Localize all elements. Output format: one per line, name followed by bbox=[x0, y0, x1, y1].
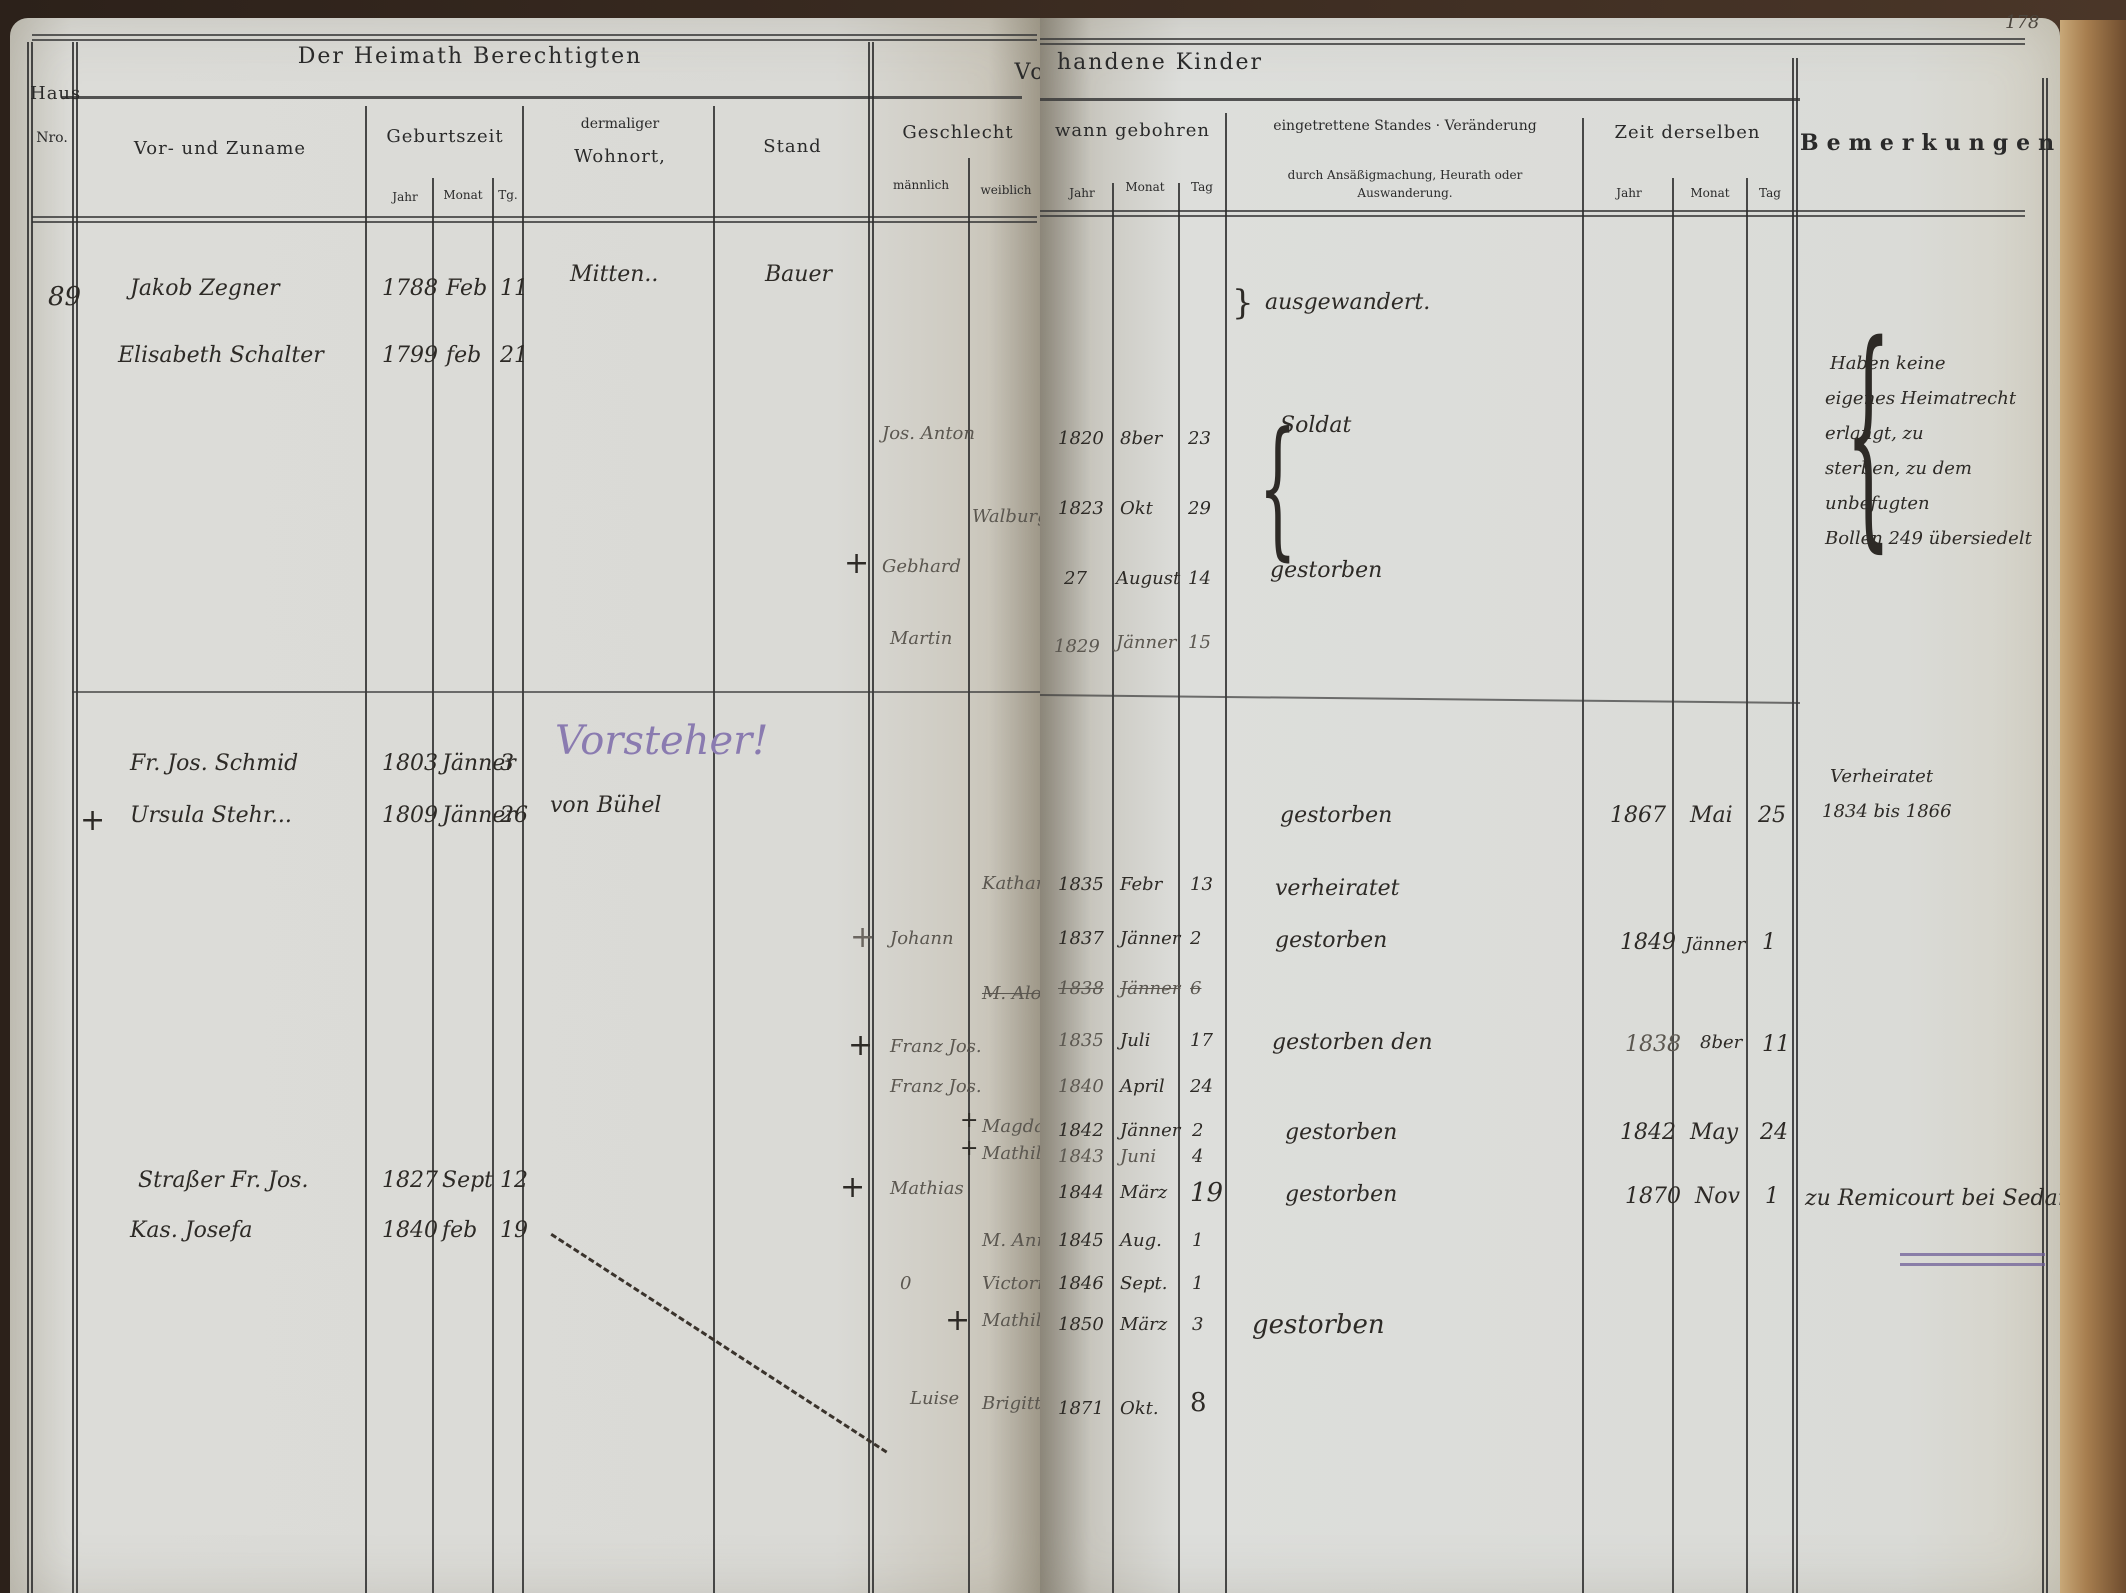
header-female: weiblich bbox=[972, 183, 1040, 197]
entry1-child4-month: Jänner bbox=[1116, 632, 1176, 653]
header-house: Haus bbox=[30, 83, 74, 104]
entry3-child3-month: Sept. bbox=[1120, 1273, 1167, 1294]
col-rule-month bbox=[492, 178, 494, 1593]
entry3-parent1-month: Sept bbox=[442, 1168, 493, 1193]
entry2-child5-month: April bbox=[1120, 1076, 1165, 1097]
header-time-of-change: Zeit derselben bbox=[1585, 122, 1790, 143]
entry1-remark-line5: unbefugten bbox=[1825, 493, 1930, 514]
col-rule-child-year bbox=[1112, 183, 1114, 1593]
entry3-parent2-name: Kas. Josefa bbox=[130, 1218, 252, 1243]
right-page: 178 handene Kinder wann gebohren Jahr Mo… bbox=[1040, 18, 2060, 1593]
entry1-child3-change: gestorben bbox=[1270, 558, 1382, 583]
col-rule-day bbox=[522, 106, 524, 1593]
entry2-parent2-name: Ursula Stehr... bbox=[130, 803, 292, 828]
header-birth-month: Monat bbox=[434, 188, 492, 202]
entry3-child1-change-day: 1 bbox=[1765, 1184, 1779, 1209]
entry1-remark-line3: erlangt, zu bbox=[1825, 423, 1924, 444]
header-status-change: eingetrettene Standes · Veränderung bbox=[1230, 118, 1580, 134]
entry2-remark-line1: Verheiratet bbox=[1830, 766, 1933, 787]
header-t-month: Monat bbox=[1676, 186, 1744, 200]
entry1-parent2-year: 1799 bbox=[382, 343, 438, 368]
page-number: 178 bbox=[2005, 12, 2039, 33]
header-remarks: Bemerkungen. bbox=[1800, 130, 2040, 156]
entry2-child2-month: Jänner bbox=[1120, 928, 1180, 949]
entry3-parent2-month: feb bbox=[442, 1218, 477, 1243]
entry2-death-cross: + bbox=[80, 803, 105, 838]
entry2-residence: von Bühel bbox=[550, 793, 661, 818]
entry3-parent2-day: 19 bbox=[500, 1218, 528, 1243]
brace-icon: } bbox=[1232, 283, 1254, 323]
entry3-child1-change-month: Nov bbox=[1695, 1184, 1740, 1209]
header-sex: Geschlecht bbox=[878, 122, 1038, 143]
entry2-child2-change-day: 1 bbox=[1762, 930, 1776, 955]
entry2-child4-year: 1835 bbox=[1058, 1030, 1104, 1051]
entry1-child1-name: Jos. Anton bbox=[882, 423, 975, 444]
col-rule-outer bbox=[27, 42, 33, 1593]
entry2-child2-change-year: 1849 bbox=[1620, 930, 1676, 955]
entry3-child1-day: 19 bbox=[1190, 1178, 1223, 1208]
entry3-parent2-year: 1840 bbox=[382, 1218, 438, 1243]
entry2-child4-day: 17 bbox=[1190, 1030, 1213, 1051]
entry1-child1-day: 23 bbox=[1188, 428, 1211, 449]
entry2-child2-death-cross: + bbox=[850, 920, 875, 955]
entry1-parent2-name: Elisabeth Schalter bbox=[118, 343, 324, 368]
header-t-year: Jahr bbox=[1588, 186, 1670, 200]
entry1-child2-day: 29 bbox=[1188, 498, 1211, 519]
header-status: Stand bbox=[720, 136, 865, 157]
entry2-child4-death-cross: + bbox=[848, 1028, 873, 1063]
entry2-child6-day: 2 bbox=[1192, 1120, 1203, 1141]
entry3-child1-year: 1844 bbox=[1058, 1182, 1104, 1203]
entry1-child3-month: August bbox=[1116, 568, 1180, 589]
header-house-no: Nro. bbox=[30, 130, 74, 146]
entry2-parent-change-day: 25 bbox=[1758, 803, 1786, 828]
entry3-parent1-day: 12 bbox=[500, 1168, 528, 1193]
header-top-rule bbox=[32, 34, 1037, 41]
entry3-child1-change: gestorben bbox=[1285, 1182, 1397, 1207]
entry1-child1-year: 1820 bbox=[1058, 428, 1104, 449]
header-child-month: Monat bbox=[1114, 180, 1176, 194]
entry3-child3-mark: 0 bbox=[900, 1273, 911, 1294]
entry3-child1-remark: zu Remicourt bei Sedan bbox=[1805, 1186, 2072, 1211]
entry3-child2-year: 1845 bbox=[1058, 1230, 1104, 1251]
entry1-parent1-month: Feb bbox=[446, 276, 487, 301]
entry2-annotation-vorsteher: Vorsteher! bbox=[555, 718, 768, 764]
entry2-child4-name: Franz Jos. bbox=[890, 1036, 982, 1057]
entry2-child3-day: 6 bbox=[1190, 978, 1201, 999]
header-male: männlich bbox=[876, 178, 966, 192]
header-mid-rule-right bbox=[1040, 98, 1800, 101]
entry2-remark-line2: 1834 bis 1866 bbox=[1822, 801, 1952, 822]
entry2-parent-change-month: Mai bbox=[1690, 803, 1733, 828]
entry1-child1-month: 8ber bbox=[1120, 428, 1162, 449]
entry1-remark-line2: eigenes Heimatrecht bbox=[1825, 388, 2016, 409]
entry2-parent-change-year: 1867 bbox=[1610, 803, 1666, 828]
col-rule-status bbox=[868, 42, 874, 1593]
entry3-child1-change-year: 1870 bbox=[1625, 1184, 1681, 1209]
entry1-parent1-day: 11 bbox=[500, 276, 528, 301]
entry2-child1-change: verheiratet bbox=[1275, 876, 1400, 901]
entry2-parent-change: gestorben bbox=[1280, 803, 1392, 828]
col-rule-child-day bbox=[1225, 113, 1227, 1593]
entry2-child6-month: Jänner bbox=[1120, 1120, 1180, 1141]
entry1-remark-line4: sterben, zu dem bbox=[1825, 458, 1972, 479]
entry1-status: Bauer bbox=[765, 262, 832, 287]
entry-separator-right bbox=[1040, 694, 1800, 704]
entry1-parent2-day: 21 bbox=[500, 343, 528, 368]
entry1-child2-year: 1823 bbox=[1058, 498, 1104, 519]
left-page: Haus Nro. Der Heimath Berechtigten Vor- … bbox=[10, 18, 1040, 1593]
entry1-parent-note: ausgewandert. bbox=[1265, 290, 1430, 315]
entry2-child7-month: Juni bbox=[1120, 1146, 1156, 1167]
entry3-parent1-year: 1827 bbox=[382, 1168, 438, 1193]
entry2-child4-change-year: 1838 bbox=[1625, 1032, 1681, 1057]
col-rule-change bbox=[1582, 118, 1584, 1593]
entry2-child6-change-day: 24 bbox=[1760, 1120, 1788, 1145]
remark-purple-underline-2 bbox=[1900, 1263, 2045, 1266]
entry2-child2-name: Johann bbox=[890, 928, 954, 949]
header-t-day: Tag bbox=[1748, 186, 1792, 200]
entry2-child2-year: 1837 bbox=[1058, 928, 1104, 949]
entry3-dashed-connector bbox=[550, 1233, 887, 1453]
entry3-child1-name: Mathias bbox=[890, 1178, 964, 1199]
entry1-child3-death-cross: + bbox=[844, 546, 869, 581]
header-children-title: handene Kinder bbox=[1040, 50, 1280, 75]
entry3-child3-day: 1 bbox=[1192, 1273, 1203, 1294]
entry2-parent1-year: 1803 bbox=[382, 751, 438, 776]
entry2-parent1-day: 3 bbox=[500, 751, 514, 776]
entry3-child5-month: Okt. bbox=[1120, 1398, 1159, 1419]
entry2-child4-change: gestorben den bbox=[1272, 1030, 1433, 1055]
col-rule-residence bbox=[713, 106, 715, 1593]
entry3-child1-death-cross: + bbox=[840, 1170, 865, 1205]
entry2-child1-day: 13 bbox=[1190, 874, 1213, 895]
entry3-child4-month: März bbox=[1120, 1314, 1167, 1335]
header-bottom-rule bbox=[32, 216, 1037, 223]
entry2-child3-month: Jänner bbox=[1120, 978, 1180, 999]
col-rule-child-month bbox=[1178, 183, 1180, 1593]
header-birth-year: Jahr bbox=[380, 190, 430, 204]
entry2-child4-change-month: 8ber bbox=[1700, 1032, 1742, 1053]
header-name: Vor- und Zuname bbox=[80, 138, 360, 159]
entry3-child4-death-cross: + bbox=[945, 1303, 970, 1338]
header-child-year: Jahr bbox=[1054, 186, 1110, 200]
entry2-parent2-year: 1809 bbox=[382, 803, 438, 828]
entry2-child6-death-cross: + bbox=[960, 1108, 978, 1133]
remark-purple-underline bbox=[1900, 1253, 2045, 1256]
entry2-child2-day: 2 bbox=[1190, 928, 1201, 949]
entry3-child3-year: 1846 bbox=[1058, 1273, 1104, 1294]
entry1-parent1-year: 1788 bbox=[382, 276, 438, 301]
entry2-child6-change: gestorben bbox=[1285, 1120, 1397, 1145]
header-child-day: Tag bbox=[1180, 180, 1224, 194]
entry2-child5-name: Franz Jos. bbox=[890, 1076, 982, 1097]
entry3-child4-day: 3 bbox=[1192, 1314, 1203, 1335]
entry2-parent2-day: 26 bbox=[500, 803, 528, 828]
entry2-child1-month: Febr bbox=[1120, 874, 1162, 895]
entry2-child6-change-year: 1842 bbox=[1620, 1120, 1676, 1145]
entry-separator bbox=[72, 691, 1040, 693]
col-rule-year bbox=[432, 178, 434, 1593]
header-bottom-rule-right bbox=[1040, 210, 2025, 217]
entry1-remark-line1: Haben keine bbox=[1830, 353, 1945, 374]
entry1-child4-year: 1829 bbox=[1054, 636, 1100, 657]
entry1-child2-month: Okt bbox=[1120, 498, 1153, 519]
col-rule-t-year bbox=[1672, 178, 1674, 1593]
col-rule-sex bbox=[968, 158, 970, 1593]
entry3-child1-month: März bbox=[1120, 1182, 1167, 1203]
header-birth-day: Tg. bbox=[494, 188, 522, 202]
entry1-child3-day: 14 bbox=[1188, 568, 1211, 589]
entry2-child5-year: 1840 bbox=[1058, 1076, 1104, 1097]
entry2-child7-year: 1843 bbox=[1058, 1146, 1104, 1167]
entry2-child3-year: 1838 bbox=[1058, 978, 1104, 999]
entry3-child2-month: Aug. bbox=[1120, 1230, 1162, 1251]
entry1-child4-day: 15 bbox=[1188, 632, 1211, 653]
entry2-parent1-name: Fr. Jos. Schmid bbox=[130, 751, 298, 776]
header-birth-time: Geburtszeit bbox=[370, 126, 520, 147]
entry1-child4-name: Martin bbox=[890, 628, 952, 649]
entry2-child4-change-day: 11 bbox=[1762, 1032, 1790, 1057]
entry1-house-no: 89 bbox=[48, 282, 81, 312]
entry3-parent1-name: Straßer Fr. Jos. bbox=[138, 1168, 308, 1193]
col-rule-outer-right bbox=[2042, 78, 2048, 1593]
entry3-child5-year: 1871 bbox=[1058, 1398, 1104, 1419]
entry3-child4-year: 1850 bbox=[1058, 1314, 1104, 1335]
header-status-change-sub2: Auswanderung. bbox=[1230, 186, 1580, 200]
entry3-child4-change: gestorben bbox=[1252, 1310, 1385, 1340]
brace-icon: { bbox=[1259, 413, 1297, 563]
entry2-child1-year: 1835 bbox=[1058, 874, 1104, 895]
open-register-book: Haus Nro. Der Heimath Berechtigten Vor- … bbox=[0, 0, 2126, 1593]
entry2-child2-change-month: Jänner bbox=[1685, 934, 1745, 955]
entry2-child7-day: 4 bbox=[1192, 1146, 1203, 1167]
entry3-child5-day: 8 bbox=[1190, 1388, 1207, 1418]
header-mid-rule bbox=[62, 96, 1022, 99]
entry1-child3-name: Gebhard bbox=[882, 556, 961, 577]
entry1-child3-year: 27 bbox=[1064, 568, 1087, 589]
col-rule-t-month bbox=[1746, 178, 1748, 1593]
entry2-child6-year: 1842 bbox=[1058, 1120, 1104, 1141]
entry1-remark-line6: Bollen 249 übersiedelt bbox=[1825, 528, 2032, 549]
book-page-edges bbox=[2060, 20, 2126, 1593]
col-rule-house bbox=[72, 42, 78, 1593]
entry2-child5-day: 24 bbox=[1190, 1076, 1213, 1097]
header-top-rule-right bbox=[1040, 38, 2025, 45]
entry3-child2-day: 1 bbox=[1192, 1230, 1203, 1251]
entry2-child2-change: gestorben bbox=[1275, 928, 1387, 953]
entry2-child6-change-month: May bbox=[1690, 1120, 1738, 1145]
header-status-change-sub1: durch Ansäßigmachung, Heurath oder bbox=[1230, 168, 1580, 182]
entry1-parent2-month: feb bbox=[446, 343, 481, 368]
entry1-residence: Mitten.. bbox=[570, 262, 658, 287]
entry2-child4-month: Juli bbox=[1120, 1030, 1150, 1051]
entry2-child7-death-cross: + bbox=[960, 1136, 978, 1161]
header-born-when: wann gebohren bbox=[1040, 120, 1225, 141]
entry1-parent1-name: Jakob Zegner bbox=[130, 276, 280, 301]
col-rule-remarks bbox=[1792, 58, 1798, 1593]
header-residence-2: Wohnort, bbox=[530, 146, 710, 167]
header-residence-1: dermaliger bbox=[530, 116, 710, 132]
entry3-child5-name: Luise bbox=[910, 1388, 959, 1409]
header-section-title: Der Heimath Berechtigten bbox=[210, 44, 730, 69]
col-rule-name bbox=[365, 106, 367, 1593]
